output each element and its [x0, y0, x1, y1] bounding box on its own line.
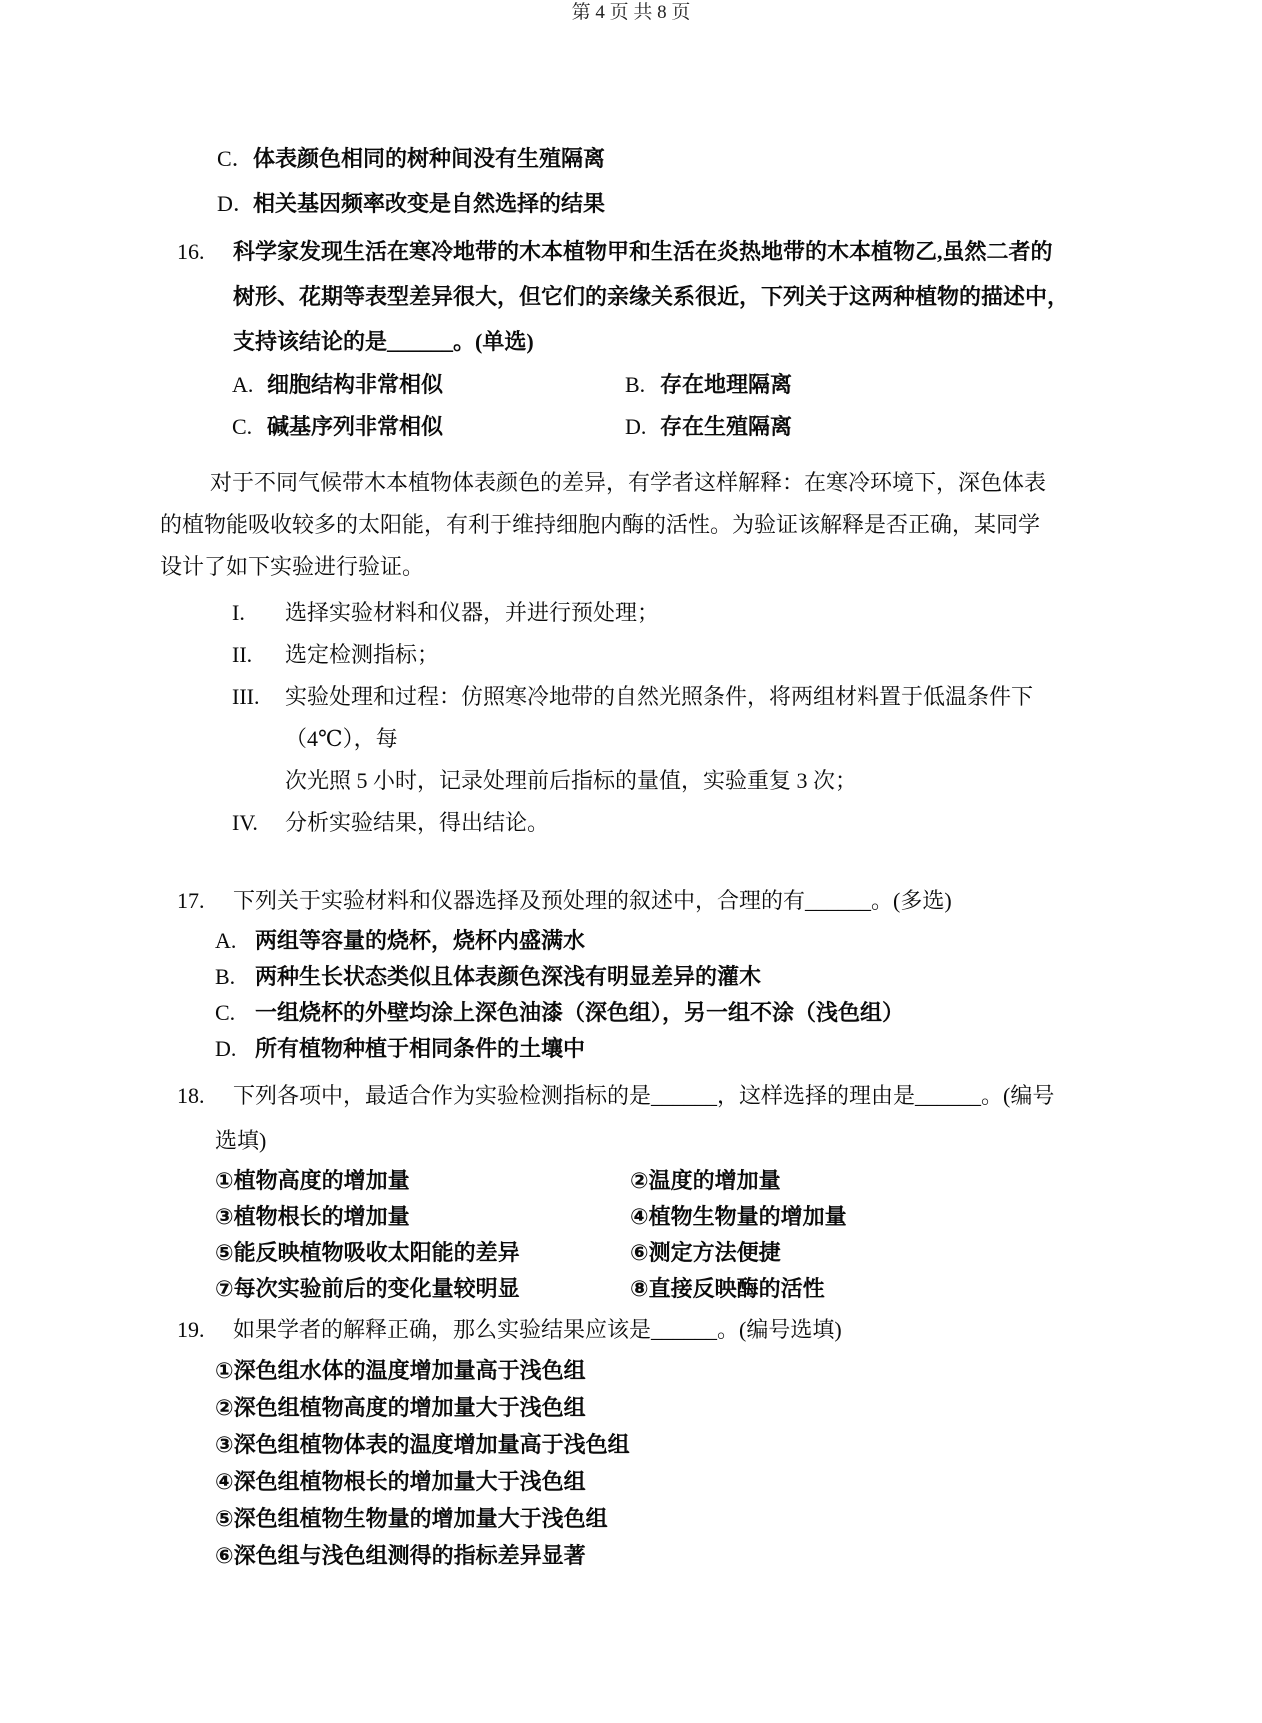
- intro-line: 的植物能吸收较多的太阳能，有利于维持细胞内酶的活性。为验证该解释是否正确，某同学: [160, 504, 1106, 546]
- question-15-options: C． 体表颜色相同的树种间没有生殖隔离 D． 相关基因频率改变是自然选择的结果: [160, 136, 1106, 226]
- option-row: A. 细胞结构非常相似: [232, 364, 625, 406]
- option-label: D.: [625, 406, 660, 448]
- choice-item: ④植物生物量的增加量: [630, 1199, 1106, 1235]
- option-label: C.: [215, 995, 255, 1031]
- choice-item: ③深色组植物体表的温度增加量高于浅色组: [215, 1426, 1106, 1463]
- stem-line: 树形、花期等表型差异很大，但它们的亲缘关系很近，下列关于这两种植物的描述中，: [233, 274, 1106, 319]
- step-text: 实验处理和过程：仿照寒冷地带的自然光照条件，将两组材料置于低温条件下（4℃），每…: [285, 676, 1106, 802]
- question-16: 16. 科学家发现生活在寒冷地带的木本植物甲和生活在炎热地带的木本植物乙,虽然二…: [160, 229, 1106, 448]
- question-16-options: A. 细胞结构非常相似 B. 存在地理隔离 C. 碱基序列非常相似 D. 存在生…: [232, 364, 1106, 448]
- experiment-step: I. 选择实验材料和仪器，并进行预处理；: [232, 592, 1106, 634]
- step-label: IV.: [232, 802, 285, 844]
- choice-item: ③植物根长的增加量: [215, 1199, 630, 1235]
- option-row: D． 相关基因频率改变是自然选择的结果: [217, 181, 1106, 226]
- question-18-choices: ①植物高度的增加量 ②温度的增加量 ③植物根长的增加量 ④植物生物量的增加量 ⑤…: [215, 1163, 1106, 1307]
- option-label: B.: [215, 959, 255, 995]
- choice-item: ①植物高度的增加量: [215, 1163, 630, 1199]
- question-number: 18.: [160, 1073, 233, 1118]
- choice-item: ②温度的增加量: [630, 1163, 1106, 1199]
- exam-page: C． 体表颜色相同的树种间没有生殖隔离 D． 相关基因频率改变是自然选择的结果 …: [0, 0, 1262, 1723]
- question-16-stem-row: 16. 科学家发现生活在寒冷地带的木本植物甲和生活在炎热地带的木本植物乙,虽然二…: [160, 229, 1106, 364]
- page-footer: 第 4 页 共 8 页: [0, 0, 1262, 26]
- option-label: D.: [215, 1031, 255, 1067]
- option-text: 相关基因频率改变是自然选择的结果: [253, 181, 605, 226]
- option-text: 细胞结构非常相似: [267, 364, 443, 406]
- option-text: 存在生殖隔离: [660, 406, 792, 448]
- question-17-options: A. 两组等容量的烧杯，烧杯内盛满水 B. 两种生长状态类似且体表颜色深浅有明显…: [215, 923, 1106, 1067]
- option-text: 碱基序列非常相似: [267, 406, 443, 448]
- option-row: B. 两种生长状态类似且体表颜色深浅有明显差异的灌木: [215, 959, 1106, 995]
- step-text: 选择实验材料和仪器，并进行预处理；: [285, 592, 1106, 634]
- option-row: C． 体表颜色相同的树种间没有生殖隔离: [217, 136, 1106, 181]
- option-text: 所有植物种植于相同条件的土壤中: [255, 1031, 585, 1067]
- option-text: 一组烧杯的外壁均涂上深色油漆（深色组），另一组不涂（浅色组）: [255, 995, 904, 1031]
- step-label: II.: [232, 634, 285, 676]
- option-row: C. 一组烧杯的外壁均涂上深色油漆（深色组），另一组不涂（浅色组）: [215, 995, 1106, 1031]
- option-text: 体表颜色相同的树种间没有生殖隔离: [253, 136, 605, 181]
- option-label: A.: [232, 364, 267, 406]
- question-19-choices: ①深色组水体的温度增加量高于浅色组 ②深色组植物高度的增加量大于浅色组 ③深色组…: [215, 1352, 1106, 1574]
- experiment-steps: I. 选择实验材料和仪器，并进行预处理； II. 选定检测指标； III. 实验…: [160, 592, 1106, 844]
- experiment-step: IV. 分析实验结果，得出结论。: [232, 802, 1106, 844]
- step-label: I.: [232, 592, 285, 634]
- question-17: 17. 下列关于实验材料和仪器选择及预处理的叙述中，合理的有______。(多选…: [160, 878, 1106, 1067]
- choice-item: ⑥测定方法便捷: [630, 1235, 1106, 1271]
- choice-item: ⑤深色组植物生物量的增加量大于浅色组: [215, 1500, 1106, 1537]
- choice-item: ①深色组水体的温度增加量高于浅色组: [215, 1352, 1106, 1389]
- question-stem-continued: 选填): [215, 1118, 1106, 1163]
- step-label: III.: [232, 676, 285, 802]
- question-number: 16.: [160, 229, 233, 364]
- stem-line: 科学家发现生活在寒冷地带的木本植物甲和生活在炎热地带的木本植物乙,虽然二者的: [233, 229, 1106, 274]
- question-18: 18. 下列各项中，最适合作为实验检测指标的是______，这样选择的理由是__…: [160, 1073, 1106, 1307]
- question-18-stem-row: 18. 下列各项中，最适合作为实验检测指标的是______，这样选择的理由是__…: [160, 1073, 1106, 1118]
- step-text: 分析实验结果，得出结论。: [285, 802, 1106, 844]
- choice-item: ⑦每次实验前后的变化量较明显: [215, 1271, 630, 1307]
- choice-item: ⑤能反映植物吸收太阳能的差异: [215, 1235, 630, 1271]
- option-label: D．: [217, 181, 253, 226]
- question-stem: 下列关于实验材料和仪器选择及预处理的叙述中，合理的有______。(多选): [233, 878, 1106, 923]
- step-text-line: 实验处理和过程：仿照寒冷地带的自然光照条件，将两组材料置于低温条件下（4℃），每: [285, 676, 1106, 760]
- intro-line: 对于不同气候带木本植物体表颜色的差异，有学者这样解释：在寒冷环境下，深色体表: [160, 462, 1106, 504]
- choice-item: ④深色组植物根长的增加量大于浅色组: [215, 1463, 1106, 1500]
- intro-line: 设计了如下实验进行验证。: [160, 546, 1106, 588]
- question-number: 17.: [160, 878, 233, 923]
- choice-item: ⑧直接反映酶的活性: [630, 1271, 1106, 1307]
- stem-line: 支持该结论的是______。(单选): [233, 319, 1106, 364]
- option-label: A.: [215, 923, 255, 959]
- question-stem: 下列各项中，最适合作为实验检测指标的是______，这样选择的理由是______…: [233, 1073, 1106, 1118]
- question-stem: 科学家发现生活在寒冷地带的木本植物甲和生活在炎热地带的木本植物乙,虽然二者的 树…: [233, 229, 1106, 364]
- option-row: D. 存在生殖隔离: [625, 406, 1106, 448]
- experiment-step: II. 选定检测指标；: [232, 634, 1106, 676]
- option-row: A. 两组等容量的烧杯，烧杯内盛满水: [215, 923, 1106, 959]
- option-row: C. 碱基序列非常相似: [232, 406, 625, 448]
- option-label: C.: [232, 406, 267, 448]
- option-row: D. 所有植物种植于相同条件的土壤中: [215, 1031, 1106, 1067]
- option-label: C．: [217, 136, 253, 181]
- question-17-stem-row: 17. 下列关于实验材料和仪器选择及预处理的叙述中，合理的有______。(多选…: [160, 878, 1106, 923]
- choice-item: ②深色组植物高度的增加量大于浅色组: [215, 1389, 1106, 1426]
- option-text: 两组等容量的烧杯，烧杯内盛满水: [255, 923, 585, 959]
- experiment-intro: 对于不同气候带木本植物体表颜色的差异，有学者这样解释：在寒冷环境下，深色体表 的…: [160, 462, 1106, 588]
- step-text-line: 次光照 5 小时，记录处理前后指标的量值，实验重复 3 次；: [285, 760, 1106, 802]
- option-text: 存在地理隔离: [660, 364, 792, 406]
- option-row: B. 存在地理隔离: [625, 364, 1106, 406]
- step-text: 选定检测指标；: [285, 634, 1106, 676]
- experiment-step: III. 实验处理和过程：仿照寒冷地带的自然光照条件，将两组材料置于低温条件下（…: [232, 676, 1106, 802]
- option-text: 两种生长状态类似且体表颜色深浅有明显差异的灌木: [255, 959, 761, 995]
- option-label: B.: [625, 364, 660, 406]
- question-number: 19.: [160, 1307, 233, 1352]
- exam-content: C． 体表颜色相同的树种间没有生殖隔离 D． 相关基因频率改变是自然选择的结果 …: [160, 136, 1106, 1574]
- question-19-stem-row: 19. 如果学者的解释正确，那么实验结果应该是______。(编号选填): [160, 1307, 1106, 1352]
- question-19: 19. 如果学者的解释正确，那么实验结果应该是______。(编号选填) ①深色…: [160, 1307, 1106, 1574]
- question-stem: 如果学者的解释正确，那么实验结果应该是______。(编号选填): [233, 1307, 1106, 1352]
- choice-item: ⑥深色组与浅色组测得的指标差异显著: [215, 1537, 1106, 1574]
